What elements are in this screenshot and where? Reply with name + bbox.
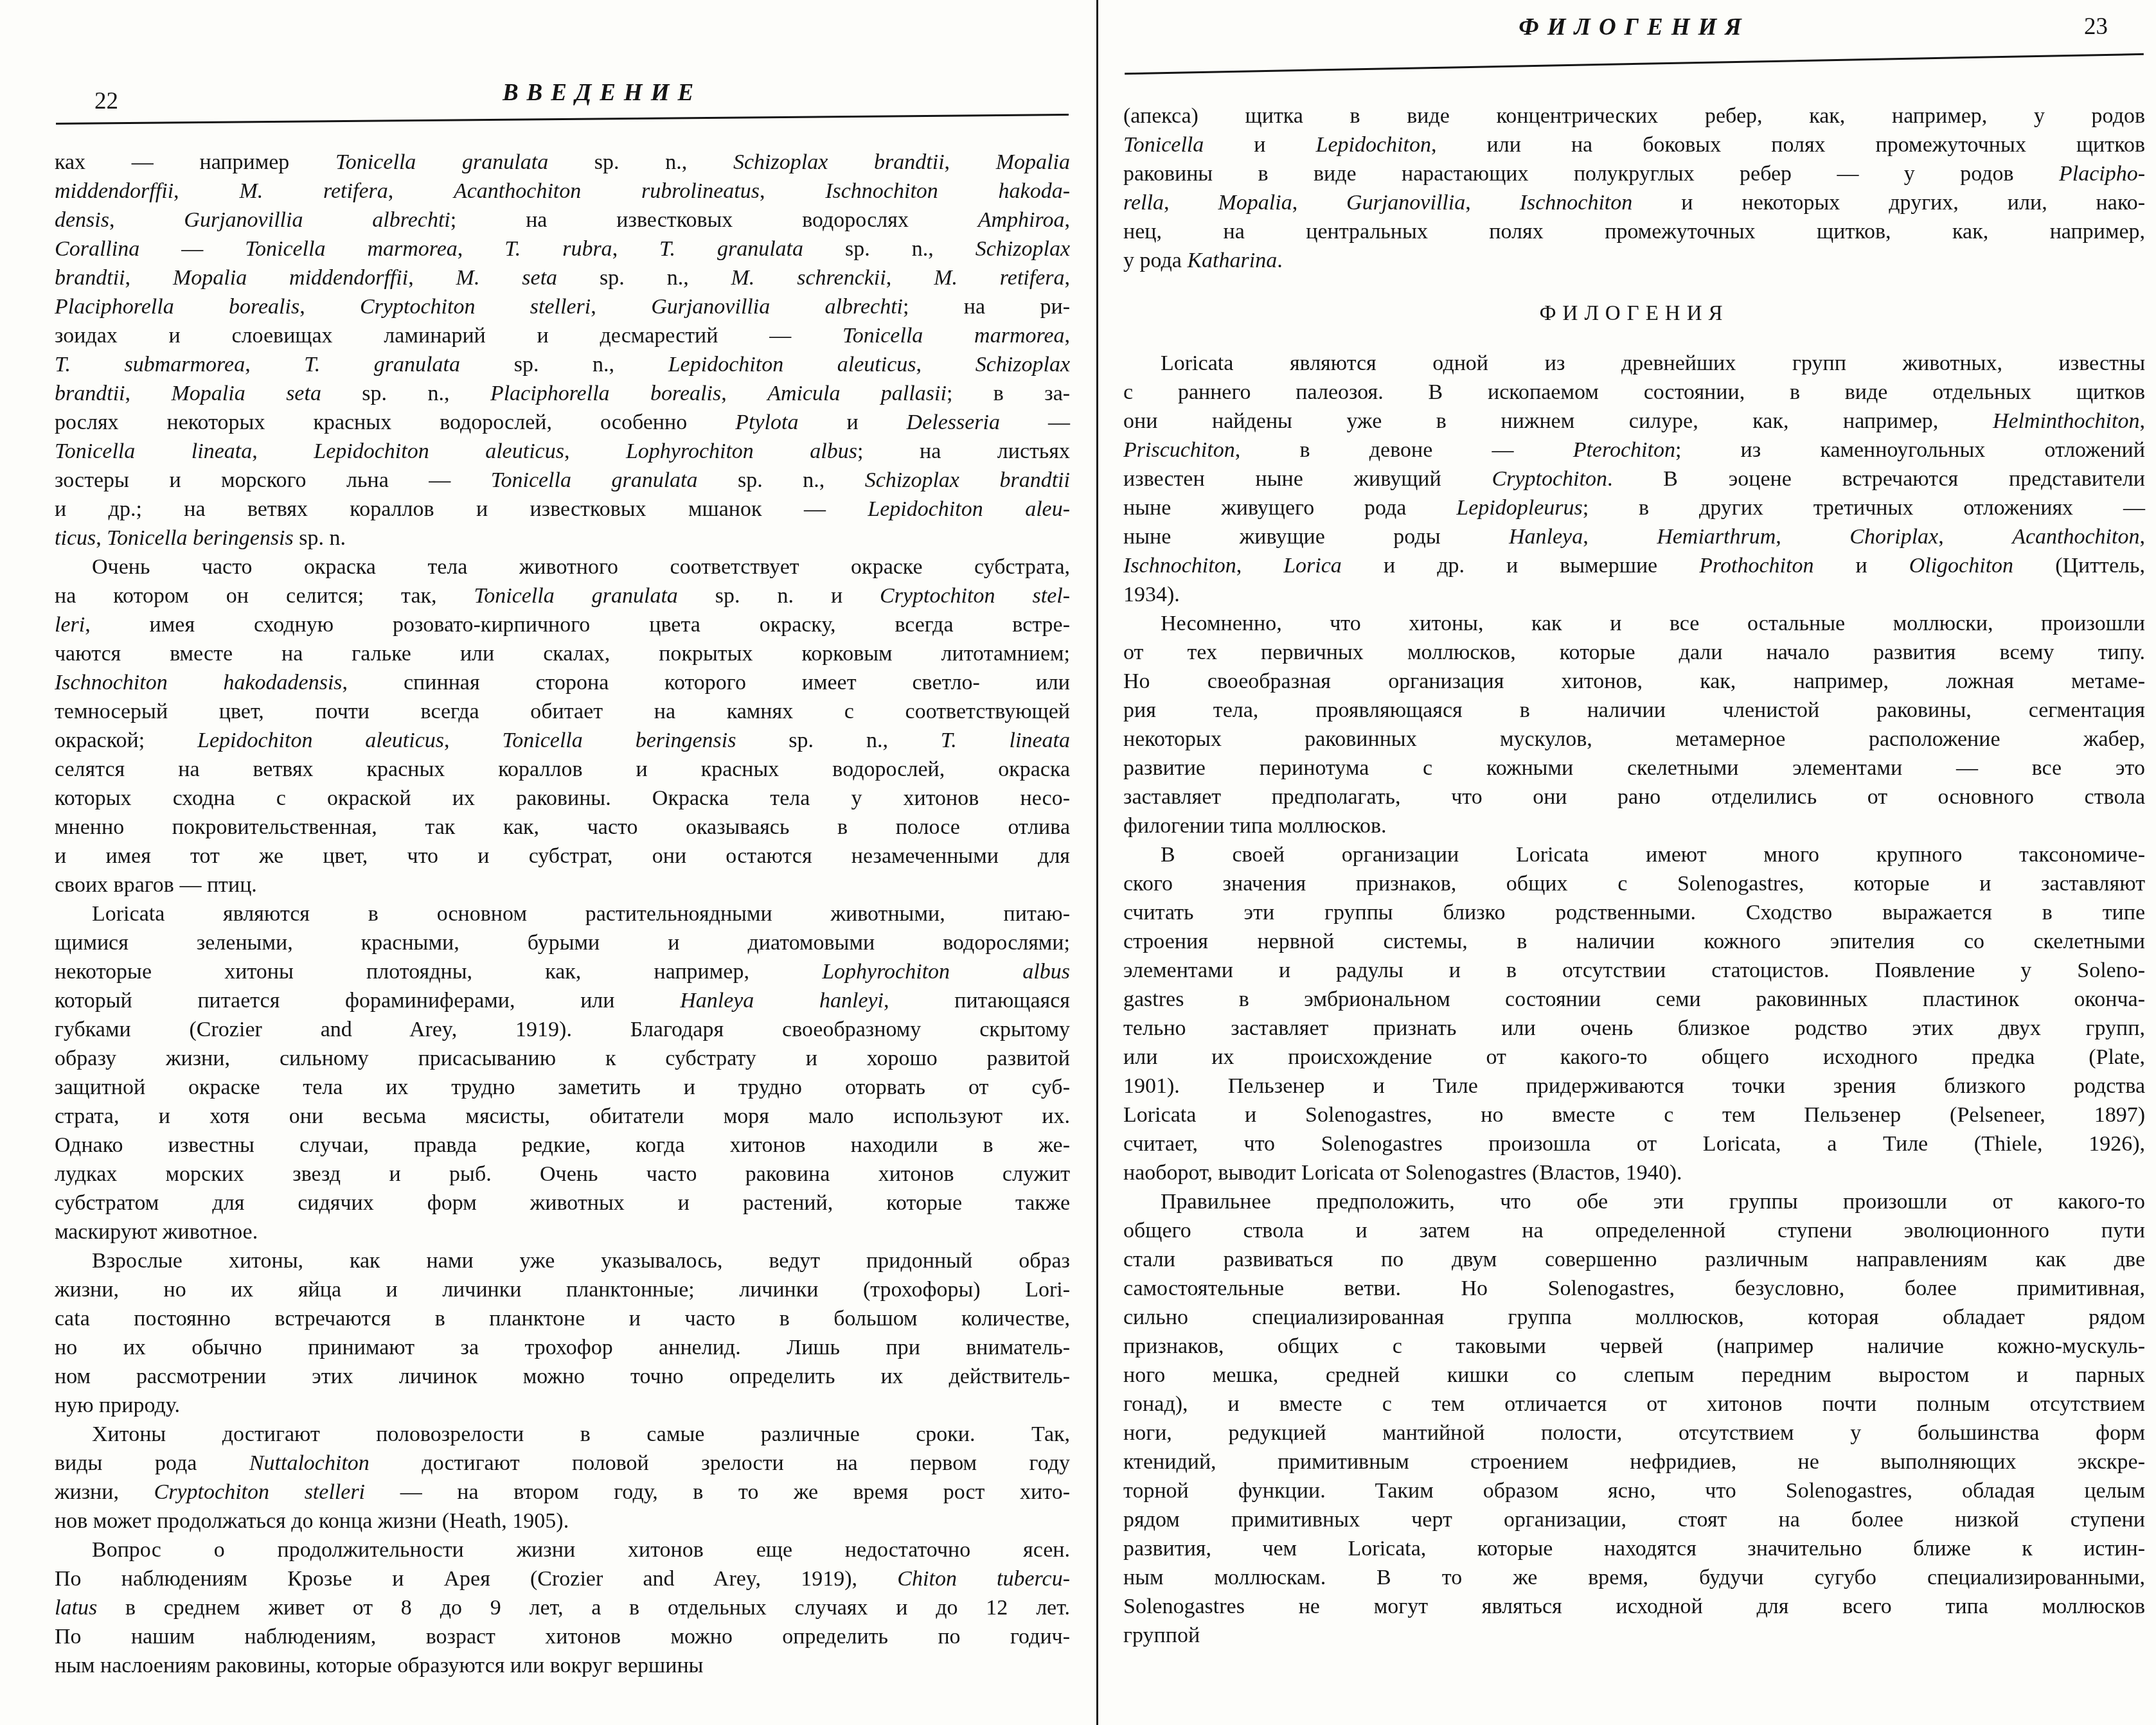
text-line: Правильнее предположить, что обе эти гру… xyxy=(1123,1187,2145,1216)
text-line: филогении типа моллюсков. xyxy=(1123,811,2145,840)
text-line: В своей организации Loricata имеют много… xyxy=(1123,840,2145,869)
header-rule-right xyxy=(1125,53,2144,75)
text-line: общего ствола и затем на определенной ст… xyxy=(1123,1216,2145,1245)
text-line: Corallina — Tonicella marmorea, T. rubra… xyxy=(55,234,1070,263)
text-line: признаков, общих с таковыми червей (напр… xyxy=(1123,1332,2145,1361)
text-line: brandtii, Mopalia middendorffii, M. seta… xyxy=(55,263,1070,292)
page-body-right: (апекса) щитка в виде концентрических ре… xyxy=(1123,102,2145,1650)
text-line: рядом примитивных черт организации, стоя… xyxy=(1123,1505,2145,1534)
text-line: или их происхождение от какого-то общего… xyxy=(1123,1043,2145,1072)
text-line: T. submarmorea, T. granulata sp. n., Lep… xyxy=(55,350,1070,379)
text-line: защитной окраске тела их трудно заметить… xyxy=(55,1073,1070,1102)
text-line: Ischnochiton hakodadensis, спинная сторо… xyxy=(55,668,1070,697)
text-line: группой xyxy=(1123,1621,2145,1650)
text-line: ноги, редукцией мантийной полости, отсут… xyxy=(1123,1419,2145,1447)
page-divider xyxy=(1096,0,1098,1725)
text-line: зоидах и слоевищах ламинарий и десмарест… xyxy=(55,321,1070,350)
text-line: щимися зелеными, красными, бурыми и диат… xyxy=(55,928,1070,957)
text-line: рослях некоторых красных водорослей, осо… xyxy=(55,408,1070,437)
paragraph: Очень часто окраска тела животного соотв… xyxy=(55,553,1070,899)
text-line: Очень часто окраска тела животного соотв… xyxy=(55,553,1070,581)
text-line: образу жизни, сильному присасыванию к су… xyxy=(55,1044,1070,1073)
text-line: нов может продолжаться до конца жизни (H… xyxy=(55,1507,1070,1535)
text-line: темносерый цвет, почти всегда обитает на… xyxy=(55,697,1070,726)
text-line: rella, Mopalia, Gurjanovillia, Ischnochi… xyxy=(1123,188,2145,217)
text-line: ного мешка, средней кишки со слепым пере… xyxy=(1123,1361,2145,1390)
paragraph: Правильнее предположить, что обе эти гру… xyxy=(1123,1187,2145,1650)
text-line: сильно специализированная группа моллюск… xyxy=(1123,1303,2145,1332)
paragraph: ках — например Tonicella granulata sp. n… xyxy=(55,148,1070,553)
text-line: страта, и хотя они весьма мясисты, обита… xyxy=(55,1102,1070,1131)
text-line: элементами и радулы и в отсутствии стато… xyxy=(1123,956,2145,985)
text-line: мненно покровительственная, так как, час… xyxy=(55,813,1070,842)
text-line: Tonicella и Lepidochiton, или на боковых… xyxy=(1123,130,2145,159)
running-head-right: ФИЛОГЕНИЯ xyxy=(1123,14,2145,41)
text-line: который питается фораминиферами, или Han… xyxy=(55,986,1070,1015)
text-line: зостеры и морского льна — Tonicella gran… xyxy=(55,466,1070,495)
text-line: они найдены уже в нижнем силуре, как, на… xyxy=(1123,407,2145,436)
text-line: от тех первичных моллюсков, которые дали… xyxy=(1123,638,2145,667)
text-line: Взрослые хитоны, как нами уже указывалос… xyxy=(55,1246,1070,1275)
text-line: ского значения признаков, общих с Soleno… xyxy=(1123,869,2145,898)
text-line: Несомненно, что хитоны, как и все осталь… xyxy=(1123,609,2145,638)
text-line: известен ныне живущий Cryptochiton. В эо… xyxy=(1123,464,2145,493)
book-spread: 22 ВВЕДЕНИЕ ках — например Tonicella gra… xyxy=(0,0,2156,1725)
text-line: самостоятельные ветви. Но Solenogastres,… xyxy=(1123,1274,2145,1303)
text-line: ным наслоениям раковины, которые образую… xyxy=(55,1651,1070,1680)
text-line: жизни, но их яйца и личинки планктонные;… xyxy=(55,1275,1070,1304)
text-line: ныне живущие роды Hanleya, Hemiarthrum, … xyxy=(1123,522,2145,551)
paragraph: Хитоны достигают половозрелости в самые … xyxy=(55,1420,1070,1535)
text-line: раковины в виде нарастающих полукруглых … xyxy=(1123,159,2145,188)
text-line: губками (Crozier and Arey, 1919). Благод… xyxy=(55,1015,1070,1044)
text-line: своих врагов — птиц. xyxy=(55,871,1070,899)
text-line: latus в среднем живет от 8 до 9 лет, а в… xyxy=(55,1593,1070,1622)
text-line: Ischnochiton, Lorica и др. и вымершие Pr… xyxy=(1123,551,2145,580)
text-line: считает, что Solenogastres произошла от … xyxy=(1123,1129,2145,1158)
text-line: гонад), и вместе с тем отличается от хит… xyxy=(1123,1390,2145,1419)
text-line: и др.; на ветвях кораллов и известковых … xyxy=(55,495,1070,524)
text-line: Loricata являются в основном растительно… xyxy=(55,899,1070,928)
text-line: виды рода Nuttalochiton достигают полово… xyxy=(55,1449,1070,1478)
text-line: которых сходна с окраской их раковины. О… xyxy=(55,784,1070,813)
text-line: нец, на центральных полях промежуточных … xyxy=(1123,217,2145,246)
text-line: middendorffii, M. retifera, Acanthochito… xyxy=(55,177,1070,206)
paragraph: Несомненно, что хитоны, как и все осталь… xyxy=(1123,609,2145,840)
text-line: Вопрос о продолжительности жизни хитонов… xyxy=(55,1535,1070,1564)
page-number-right: 23 xyxy=(2084,14,2108,40)
page-right: ФИЛОГЕНИЯ 23 (апекса) щитка в виде конце… xyxy=(1123,0,2145,1725)
text-line: Но своеобразная организация хитонов, как… xyxy=(1123,667,2145,696)
text-line: 1934). xyxy=(1123,580,2145,609)
text-line: Priscuchiton, в девоне — Pterochiton; из… xyxy=(1123,436,2145,464)
text-line: Solenogastres не могут являться исходной… xyxy=(1123,1592,2145,1621)
text-line: с раннего палеозоя. В ископаемом состоян… xyxy=(1123,378,2145,407)
text-line: развитие перинотума с кожными скелетными… xyxy=(1123,754,2145,783)
text-line: тельно заставляет признать или очень бли… xyxy=(1123,1014,2145,1043)
text-line: на котором он селится; так, Tonicella gr… xyxy=(55,581,1070,610)
text-line: и имея тот же цвет, что и субстрат, они … xyxy=(55,842,1070,871)
text-line: маскируют животное. xyxy=(55,1217,1070,1246)
text-line: рия тела, проявляющаяся в наличии членис… xyxy=(1123,696,2145,725)
text-line: cata постоянно встречаются в планктоне и… xyxy=(55,1304,1070,1333)
text-line: окраской; Lepidochiton aleuticus, Tonice… xyxy=(55,726,1070,755)
text-line: Loricata и Solenogastres, но вместе с те… xyxy=(1123,1101,2145,1129)
text-line: Однако известны случаи, правда редкие, к… xyxy=(55,1131,1070,1160)
text-line: жизни, Cryptochiton stelleri — на втором… xyxy=(55,1478,1070,1507)
text-line: ктенидий, примитивным строением нефридие… xyxy=(1123,1447,2145,1476)
text-line: 1901). Пельзенер и Тиле придерживаются т… xyxy=(1123,1072,2145,1101)
text-line: стали развиваться по двум совершенно раз… xyxy=(1123,1245,2145,1274)
text-line: (апекса) щитка в виде концентрических ре… xyxy=(1123,102,2145,130)
text-line: ном рассмотрении этих личинок можно точн… xyxy=(55,1362,1070,1391)
text-line: строения нервной системы, в наличии кожн… xyxy=(1123,927,2145,956)
text-line: ныне живущего рода Lepidopleurus; в друг… xyxy=(1123,493,2145,522)
text-line: Tonicella lineata, Lepidochiton aleuticu… xyxy=(55,437,1070,466)
running-head-left: ВВЕДЕНИЕ xyxy=(94,80,1110,107)
paragraph: В своей организации Loricata имеют много… xyxy=(1123,840,2145,1187)
text-line: наоборот, выводит Loricata от Solenogast… xyxy=(1123,1158,2145,1187)
text-line: Хитоны достигают половозрелости в самые … xyxy=(55,1420,1070,1449)
text-line: заставляет предполагать, что они рано от… xyxy=(1123,783,2145,811)
text-line: По наблюдениям Крозье и Арея (Crozier an… xyxy=(55,1564,1070,1593)
text-line: субстратом для сидячих форм животных и р… xyxy=(55,1189,1070,1217)
text-line: у рода Katharina. xyxy=(1123,246,2145,275)
text-line: селятся на ветвях красных кораллов и кра… xyxy=(55,755,1070,784)
text-line: считать эти группы близко родственными. … xyxy=(1123,898,2145,927)
text-line: некоторых раковинных мускулов, метамерно… xyxy=(1123,725,2145,754)
paragraph: Loricata являются в основном растительно… xyxy=(55,899,1070,1246)
text-line: Loricata являются одной из древнейших гр… xyxy=(1123,349,2145,378)
section-heading: ФИЛОГЕНИЯ xyxy=(1123,301,2145,326)
text-line: densis, Gurjanovillia albrechti; на изве… xyxy=(55,206,1070,234)
header-rule-left xyxy=(56,114,1069,125)
paragraph: Loricata являются одной из древнейших гр… xyxy=(1123,349,2145,609)
text-line: ным моллюскам. В то же время, будучи суг… xyxy=(1123,1563,2145,1592)
text-line: Placiphorella borealis, Cryptochiton ste… xyxy=(55,292,1070,321)
text-line: лудках морских звезд и рыб. Очень часто … xyxy=(55,1160,1070,1189)
paragraph: Вопрос о продолжительности жизни хитонов… xyxy=(55,1535,1070,1680)
paragraph: (апекса) щитка в виде концентрических ре… xyxy=(1123,102,2145,275)
text-line: brandtii, Mopalia seta sp. n., Placiphor… xyxy=(55,379,1070,408)
text-line: leri, имея сходную розовато-кирпичного ц… xyxy=(55,610,1070,639)
text-line: некоторые хитоны плотоядны, как, наприме… xyxy=(55,957,1070,986)
text-line: торной функции. Таким образом ясно, что … xyxy=(1123,1476,2145,1505)
page-body-left: ках — например Tonicella granulata sp. n… xyxy=(55,148,1070,1680)
page-left: 22 ВВЕДЕНИЕ ках — например Tonicella gra… xyxy=(55,0,1070,1725)
paragraph: Взрослые хитоны, как нами уже указывалос… xyxy=(55,1246,1070,1420)
text-line: ticus, Tonicella beringensis sp. n. xyxy=(55,524,1070,553)
text-line: чаются вместе на гальке или скалах, покр… xyxy=(55,639,1070,668)
text-line: но их обычно принимают за трохофор аннел… xyxy=(55,1333,1070,1362)
text-line: ках — например Tonicella granulata sp. n… xyxy=(55,148,1070,177)
text-line: gastres в эмбриональном состоянии семи р… xyxy=(1123,985,2145,1014)
text-line: ную природу. xyxy=(55,1391,1070,1420)
text-line: По нашим наблюдениям, возраст хитонов мо… xyxy=(55,1622,1070,1651)
text-line: развития, чем Loricata, которые находятс… xyxy=(1123,1534,2145,1563)
